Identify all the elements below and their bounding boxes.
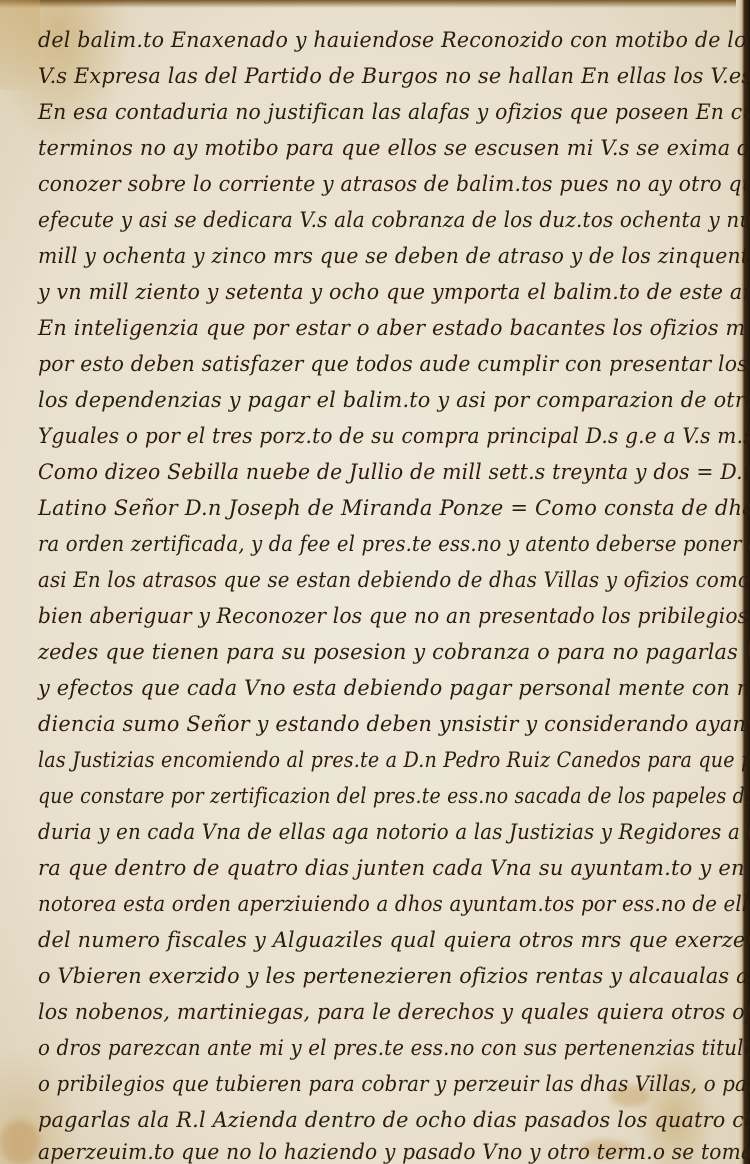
manuscript-line: Como dizeo Sebilla nuebe de Jullio de mi…	[38, 460, 750, 484]
page-fold-stain	[0, 0, 40, 90]
manuscript-line: En esa contaduria no justifican las alaf…	[38, 100, 750, 124]
manuscript-line: duria y en cada Vna de ellas aga notorio…	[38, 820, 750, 844]
manuscript-line: aperzeuim.to que no lo haziendo y pasado…	[38, 1140, 750, 1164]
manuscript-line: Yguales o por el tres porz.to de su comp…	[38, 424, 750, 448]
manuscript-line: o dros parezcan ante mi y el pres.te ess…	[38, 1036, 750, 1060]
manuscript-line: o pribilegios que tubieren para cobrar y…	[38, 1072, 750, 1096]
manuscript-line: conozer sobre lo corriente y atrasos de …	[38, 172, 750, 196]
manuscript-line: mill y ochenta y zinco mrs que se deben …	[38, 244, 750, 268]
manuscript-line: En inteligenzia que por estar o aber est…	[38, 316, 745, 340]
manuscript-line: y vn mill ziento y setenta y ocho que ym…	[38, 280, 750, 304]
manuscript-page: del balim.to Enaxenado y hauiendose Reco…	[0, 0, 750, 1164]
manuscript-line: del balim.to Enaxenado y hauiendose Reco…	[38, 28, 750, 52]
manuscript-line: que constare por zertificazion del pres.…	[38, 784, 750, 808]
manuscript-line: pagarlas ala R.l Azienda dentro de ocho …	[38, 1108, 750, 1132]
manuscript-line: diencia sumo Señor y estando deben ynsis…	[38, 712, 750, 736]
manuscript-line: las Justizias encomiendo al pres.te a D.…	[38, 748, 750, 772]
manuscript-line: zedes que tienen para su posesion y cobr…	[38, 640, 750, 664]
manuscript-line: los nobenos, martiniegas, para le derech…	[38, 1000, 750, 1024]
manuscript-line: ra que dentro de quatro dias junten cada…	[38, 856, 750, 880]
stain	[0, 1120, 40, 1164]
manuscript-line: Latino Señor D.n Joseph de Miranda Ponze…	[38, 496, 750, 520]
manuscript-line: o Vbieren exerzido y les pertenezieren o…	[38, 964, 749, 988]
manuscript-line: los dependenzias y pagar el balim.to y a…	[38, 388, 750, 412]
manuscript-line: bien aberiguar y Reconozer los que no an…	[38, 604, 750, 628]
manuscript-line: asi En los atrasos que se estan debiendo…	[38, 568, 750, 592]
manuscript-line: V.s Expresa las del Partido de Burgos no…	[38, 64, 750, 88]
manuscript-line: del numero fiscales y Alguaziles qual qu…	[38, 928, 750, 952]
manuscript-line: por esto deben satisfazer que todos aude…	[38, 352, 750, 376]
manuscript-line: terminos no ay motibo para que ellos se …	[38, 136, 750, 160]
manuscript-line: efecute y asi se dedicara V.s ala cobran…	[38, 208, 750, 232]
manuscript-line: ra orden zertificada, y da fee el pres.t…	[38, 532, 750, 556]
manuscript-line: y efectos que cada Vno esta debiendo pag…	[38, 676, 750, 700]
page-top-edge	[0, 0, 750, 8]
manuscript-line: notorea esta orden aperziuiendo a dhos a…	[38, 892, 750, 916]
